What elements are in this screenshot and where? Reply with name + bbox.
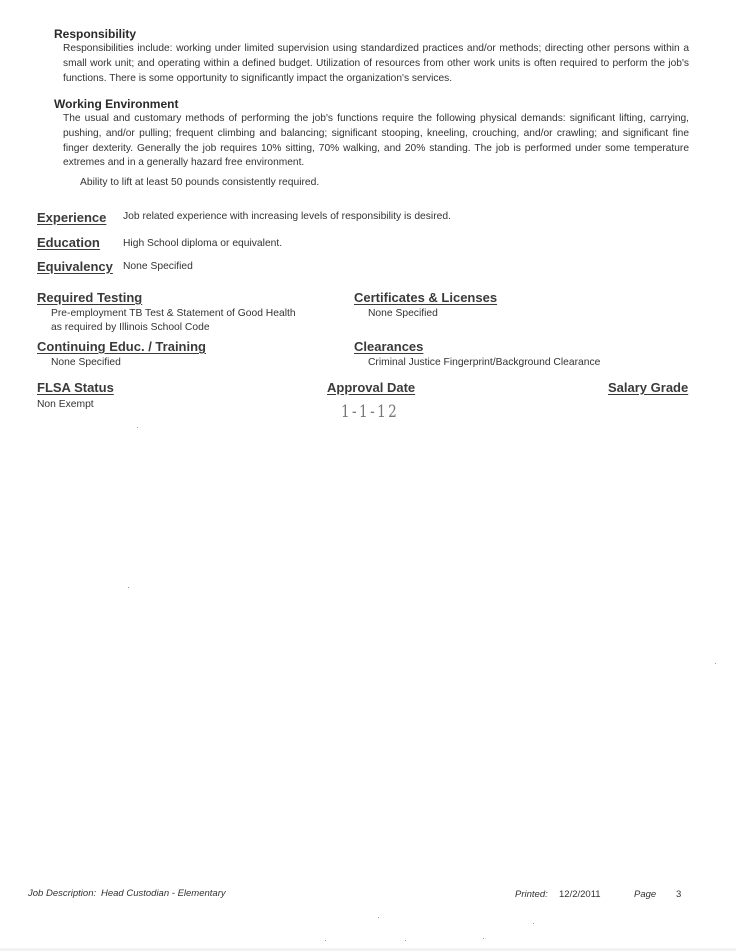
approval-date-handwritten: 1-1-12 <box>341 402 399 422</box>
scan-speck <box>137 427 138 428</box>
continuing-education-label: Continuing Educ. / Training <box>37 339 206 354</box>
experience-label: Experience <box>37 210 106 225</box>
experience-value: Job related experience with increasing l… <box>123 211 451 222</box>
scan-speck <box>128 587 129 588</box>
scan-speck <box>378 917 379 918</box>
salary-grade-label: Salary Grade <box>608 380 688 395</box>
footer-job-description-label: Job Description: <box>28 888 96 899</box>
required-testing-line1: Pre-employment TB Test & Statement of Go… <box>51 308 296 319</box>
equivalency-value: None Specified <box>123 261 193 272</box>
scan-speck <box>483 938 484 939</box>
clearances-label: Clearances <box>354 339 423 354</box>
education-label: Education <box>37 235 100 250</box>
footer-printed-date: 12/2/2011 <box>559 889 601 900</box>
clearances-value: Criminal Justice Fingerprint/Background … <box>368 357 600 368</box>
footer-page-label: Page <box>634 889 656 900</box>
footer-printed-label: Printed: <box>515 889 548 900</box>
certificates-label: Certificates & Licenses <box>354 290 497 305</box>
certificates-value: None Specified <box>368 308 438 319</box>
continuing-education-value: None Specified <box>51 357 121 368</box>
required-testing-label: Required Testing <box>37 290 142 305</box>
education-value: High School diploma or equivalent. <box>123 238 282 249</box>
scan-speck <box>405 940 406 941</box>
required-testing-line2: as required by Illinois School Code <box>51 322 210 333</box>
flsa-status-label: FLSA Status <box>37 380 114 395</box>
equivalency-label: Equivalency <box>37 259 113 274</box>
footer-job-description-value: Head Custodian - Elementary <box>101 888 226 899</box>
lifting-requirement: Ability to lift at least 50 pounds consi… <box>80 177 319 188</box>
approval-date-label: Approval Date <box>327 380 415 395</box>
flsa-status-value: Non Exempt <box>37 399 94 410</box>
footer-page-number: 3 <box>676 889 681 900</box>
scan-speck <box>715 663 716 664</box>
responsibility-heading: Responsibility <box>54 27 136 41</box>
responsibility-text: Responsibilities include: working under … <box>63 42 689 86</box>
scan-speck <box>533 923 534 924</box>
working-environment-text: The usual and customary methods of perfo… <box>63 112 689 171</box>
scan-speck <box>325 940 326 941</box>
working-environment-heading: Working Environment <box>54 97 178 111</box>
